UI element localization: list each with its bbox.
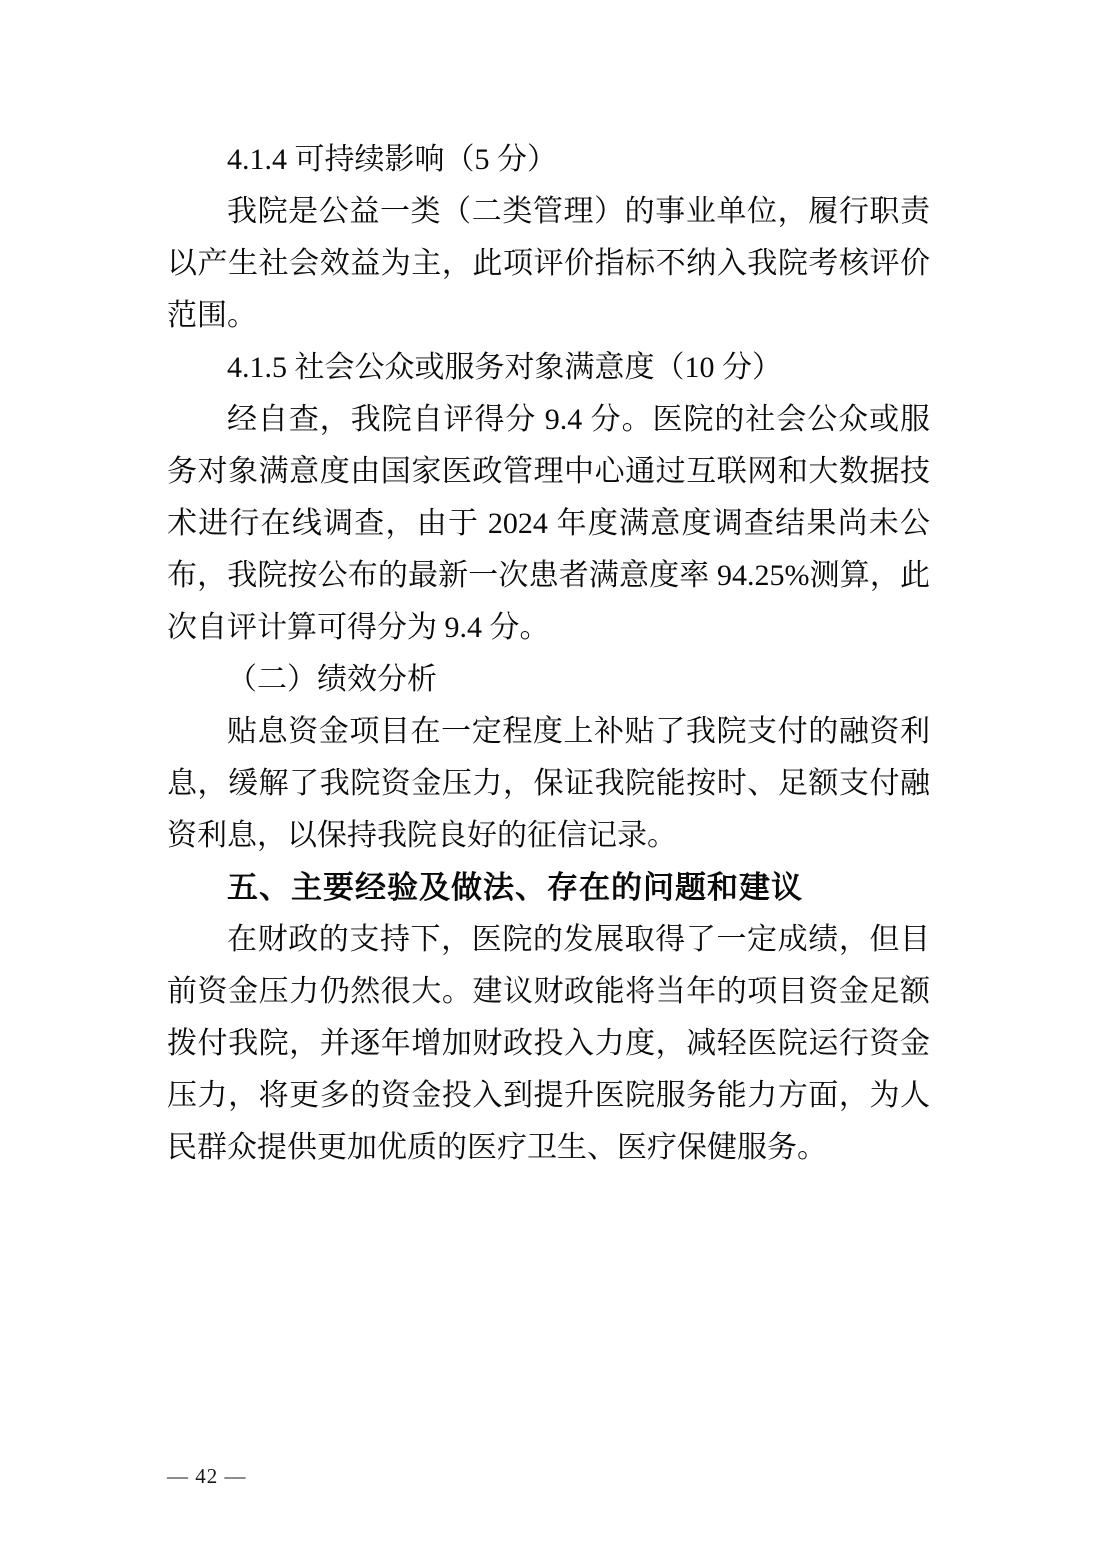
- heading-section-5: 五、主要经验及做法、存在的问题和建议: [167, 862, 930, 914]
- body-performance-analysis: 贴息资金项目在一定程度上补贴了我院支付的融资利息，缓解了我院资金压力，保证我院能…: [167, 706, 930, 862]
- body-4-1-5: 经自查，我院自评得分 9.4 分。医院的社会公众或服务对象满意度由国家医政管理中…: [167, 394, 930, 654]
- page-number: — 42 —: [167, 1464, 247, 1488]
- body-4-1-4: 我院是公益一类（二类管理）的事业单位，履行职责以产生社会效益为主，此项评价指标不…: [167, 186, 930, 342]
- subheading-4-1-4: 4.1.4 可持续影响（5 分）: [167, 134, 930, 186]
- page-footer: — 42 —: [167, 1464, 567, 1489]
- subheading-4-1-5: 4.1.5 社会公众或服务对象满意度（10 分）: [167, 342, 930, 394]
- document-content: 4.1.4 可持续影响（5 分）我院是公益一类（二类管理）的事业单位，履行职责以…: [167, 134, 930, 1174]
- body-section-5: 在财政的支持下，医院的发展取得了一定成绩，但目前资金压力仍然很大。建议财政能将当…: [167, 914, 930, 1174]
- subheading-performance-analysis: （二）绩效分析: [167, 654, 930, 706]
- document-page: 4.1.4 可持续影响（5 分）我院是公益一类（二类管理）的事业单位，履行职责以…: [0, 0, 1100, 1555]
